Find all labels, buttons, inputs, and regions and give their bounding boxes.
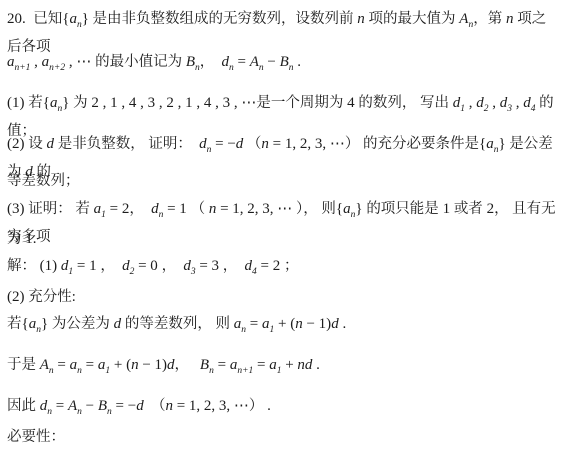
math-subscript: n+1 — [237, 366, 253, 376]
math-symbol: A — [250, 54, 259, 70]
math-symbol: d — [222, 54, 230, 70]
math-symbol: a — [7, 54, 15, 70]
text-line: 因此 dn = An − Bn = −d （n = 1, 2, 3, ⋯） . — [7, 395, 557, 423]
text-run: 于是 — [7, 357, 36, 373]
math-text: − — [82, 398, 98, 414]
math-text: , — [30, 54, 41, 70]
text-run: ，第 — [473, 11, 502, 27]
math-text: } — [82, 11, 89, 27]
math-symbol: B — [200, 357, 209, 373]
math-symbol: d — [136, 398, 144, 414]
math-symbol: d — [43, 136, 58, 152]
math-text: 20. — [7, 11, 33, 27]
math-symbol: B — [182, 54, 195, 70]
text-run: ， — [100, 258, 122, 274]
math-symbol: nd — [297, 357, 312, 373]
text-run: 是非负整数， 证明： — [58, 136, 199, 152]
document-page: 20. 已知{an} 是由非负整数组成的无穷数列，设数列前 n 项的最大值为 A… — [0, 0, 561, 452]
math-symbol: d — [183, 258, 191, 274]
math-text: 2 , 1 , 4 , 3 , 2 , 1 , 4 , 3 , ⋯ — [88, 95, 257, 111]
text-run: （ — [243, 136, 261, 152]
math-text: = − — [211, 136, 235, 152]
math-text: . — [294, 54, 302, 70]
text-run: 的等差数列， 则 — [125, 316, 230, 332]
math-symbol: a — [486, 136, 494, 152]
math-text: = 2 — [106, 201, 129, 217]
math-subscript: n+2 — [49, 63, 65, 73]
math-text: } — [41, 316, 52, 332]
math-symbol: d — [245, 258, 253, 274]
text-run: ， — [129, 201, 151, 217]
math-text: = — [253, 357, 269, 373]
text-line: 于是 An = an = a1 + (n − 1)d， Bn = an+1 = … — [7, 354, 557, 382]
math-text: } — [498, 136, 505, 152]
math-symbol: d — [110, 316, 125, 332]
math-text: = 1, 2, 3, ⋯ — [173, 398, 249, 414]
math-text: (2) — [7, 136, 28, 152]
text-run: 证明： 若 — [28, 201, 90, 217]
math-text: (1) — [7, 95, 28, 111]
text-run: 的充分必要条件是 — [359, 136, 479, 152]
math-text: , ⋯ — [65, 54, 95, 70]
text-run: 项的最大值为 — [369, 11, 456, 27]
text-run: 的项只能是 — [366, 201, 439, 217]
text-run: 解： — [7, 258, 40, 274]
text-run: ， — [175, 357, 200, 373]
math-symbol: a — [343, 201, 351, 217]
text-run: 等差数列； — [7, 173, 80, 189]
math-symbol: n — [165, 398, 173, 414]
math-text: (2) — [7, 289, 28, 305]
text-run: ； — [284, 258, 299, 274]
math-text: 1 — [439, 201, 454, 217]
math-symbol: a — [230, 316, 241, 332]
math-text: , — [512, 95, 523, 111]
math-symbol: a — [269, 357, 277, 373]
math-text: = — [246, 316, 262, 332]
math-text: , — [489, 95, 500, 111]
text-run: 必要性： — [7, 429, 65, 445]
math-symbol: d — [122, 258, 130, 274]
text-run: 因此 — [7, 398, 36, 414]
math-symbol: d — [36, 398, 47, 414]
math-text: { — [43, 95, 50, 111]
text-run: 已知 — [33, 11, 62, 27]
text-run: 的数列， 写出 — [358, 95, 449, 111]
text-run: 的最小值记为 — [95, 54, 182, 70]
math-symbol: d — [199, 136, 207, 152]
text-run: ） — [345, 136, 360, 152]
text-run: （ — [191, 201, 206, 217]
math-text: (1) — [40, 258, 61, 274]
math-symbol: n — [205, 201, 216, 217]
math-text: + ( — [110, 357, 131, 373]
math-symbol: a — [262, 316, 270, 332]
math-symbol: d — [331, 316, 339, 332]
text-run: 为 — [73, 95, 88, 111]
math-symbol: A — [68, 398, 77, 414]
math-text: } — [355, 201, 366, 217]
math-text: = 2 — [257, 258, 284, 274]
math-text: − 1) — [303, 316, 331, 332]
text-line: 必要性： — [7, 426, 557, 448]
text-run: ， — [200, 54, 222, 70]
text-run: ）， 则 — [296, 201, 336, 217]
text-run: 为 — [7, 231, 22, 247]
math-symbol: n — [502, 11, 517, 27]
math-text: { — [22, 316, 29, 332]
math-text: , — [465, 95, 476, 111]
text-run: 或者 — [454, 201, 483, 217]
math-symbol: A — [456, 11, 469, 27]
text-run: 是一个周期为 — [256, 95, 343, 111]
math-text: = 3 — [196, 258, 223, 274]
math-text: = 1 — [163, 201, 190, 217]
math-text: = 1, 2, 3, ⋯ — [216, 201, 296, 217]
math-text: + — [281, 357, 297, 373]
math-text: = 1, 2, 3, ⋯ — [269, 136, 345, 152]
math-text: = — [82, 357, 98, 373]
math-symbol: a — [90, 201, 101, 217]
math-text: . — [312, 357, 320, 373]
math-symbol: d — [523, 95, 531, 111]
text-line: 若{an} 为公差为 d 的等差数列， 则 an = a1 + (n − 1)d… — [7, 313, 557, 341]
text-run: （ — [144, 398, 166, 414]
math-text: − — [264, 54, 280, 70]
math-text: = — [214, 357, 230, 373]
math-text: + ( — [274, 316, 295, 332]
math-text: − 1) — [139, 357, 167, 373]
text-run: 为公差为 — [52, 316, 110, 332]
math-symbol: A — [36, 357, 49, 373]
math-symbol: B — [98, 398, 107, 414]
math-subscript: n+1 — [15, 63, 31, 73]
math-symbol: a — [69, 11, 77, 27]
text-run: 设 — [28, 136, 43, 152]
text-run: 是由非负整数组成的无穷数列，设数列前 — [89, 11, 354, 27]
math-text: } — [62, 95, 73, 111]
text-line: 解： (1) d1 = 1 ， d2 = 0 ， d3 = 3 ， d4 = 2… — [7, 255, 557, 283]
math-text: = — [234, 54, 250, 70]
math-text: = − — [112, 398, 136, 414]
text-line: an+1 , an+2 , ⋯ 的最小值记为 Bn， dn = An − Bn … — [7, 51, 557, 79]
text-run: ， — [162, 258, 184, 274]
text-run: 若 — [7, 316, 22, 332]
math-symbol: d — [151, 201, 159, 217]
text-run: 充分性: — [28, 289, 76, 305]
math-symbol: d — [167, 357, 175, 373]
math-symbol: d — [449, 95, 460, 111]
text-line: (2) 充分性: — [7, 286, 557, 308]
text-run: 若 — [28, 95, 43, 111]
math-text: 1. — [22, 231, 37, 247]
math-text: 4 — [343, 95, 358, 111]
math-symbol: d — [476, 95, 484, 111]
math-symbol: n — [131, 357, 139, 373]
math-symbol: n — [354, 11, 369, 27]
text-run: ， — [223, 258, 245, 274]
math-text: = 1 — [73, 258, 100, 274]
math-text: . — [339, 316, 347, 332]
math-symbol: B — [280, 54, 289, 70]
math-text: (3) — [7, 201, 28, 217]
math-text: . — [263, 398, 271, 414]
math-symbol: n — [295, 316, 303, 332]
text-run: ） — [249, 398, 264, 414]
math-text: = — [54, 357, 70, 373]
math-text: = — [52, 398, 68, 414]
text-line: 为 1. — [7, 228, 557, 250]
math-symbol: n — [261, 136, 269, 152]
math-text: = 0 — [134, 258, 161, 274]
math-text: 2 — [483, 201, 494, 217]
text-line: 等差数列； — [7, 170, 557, 192]
